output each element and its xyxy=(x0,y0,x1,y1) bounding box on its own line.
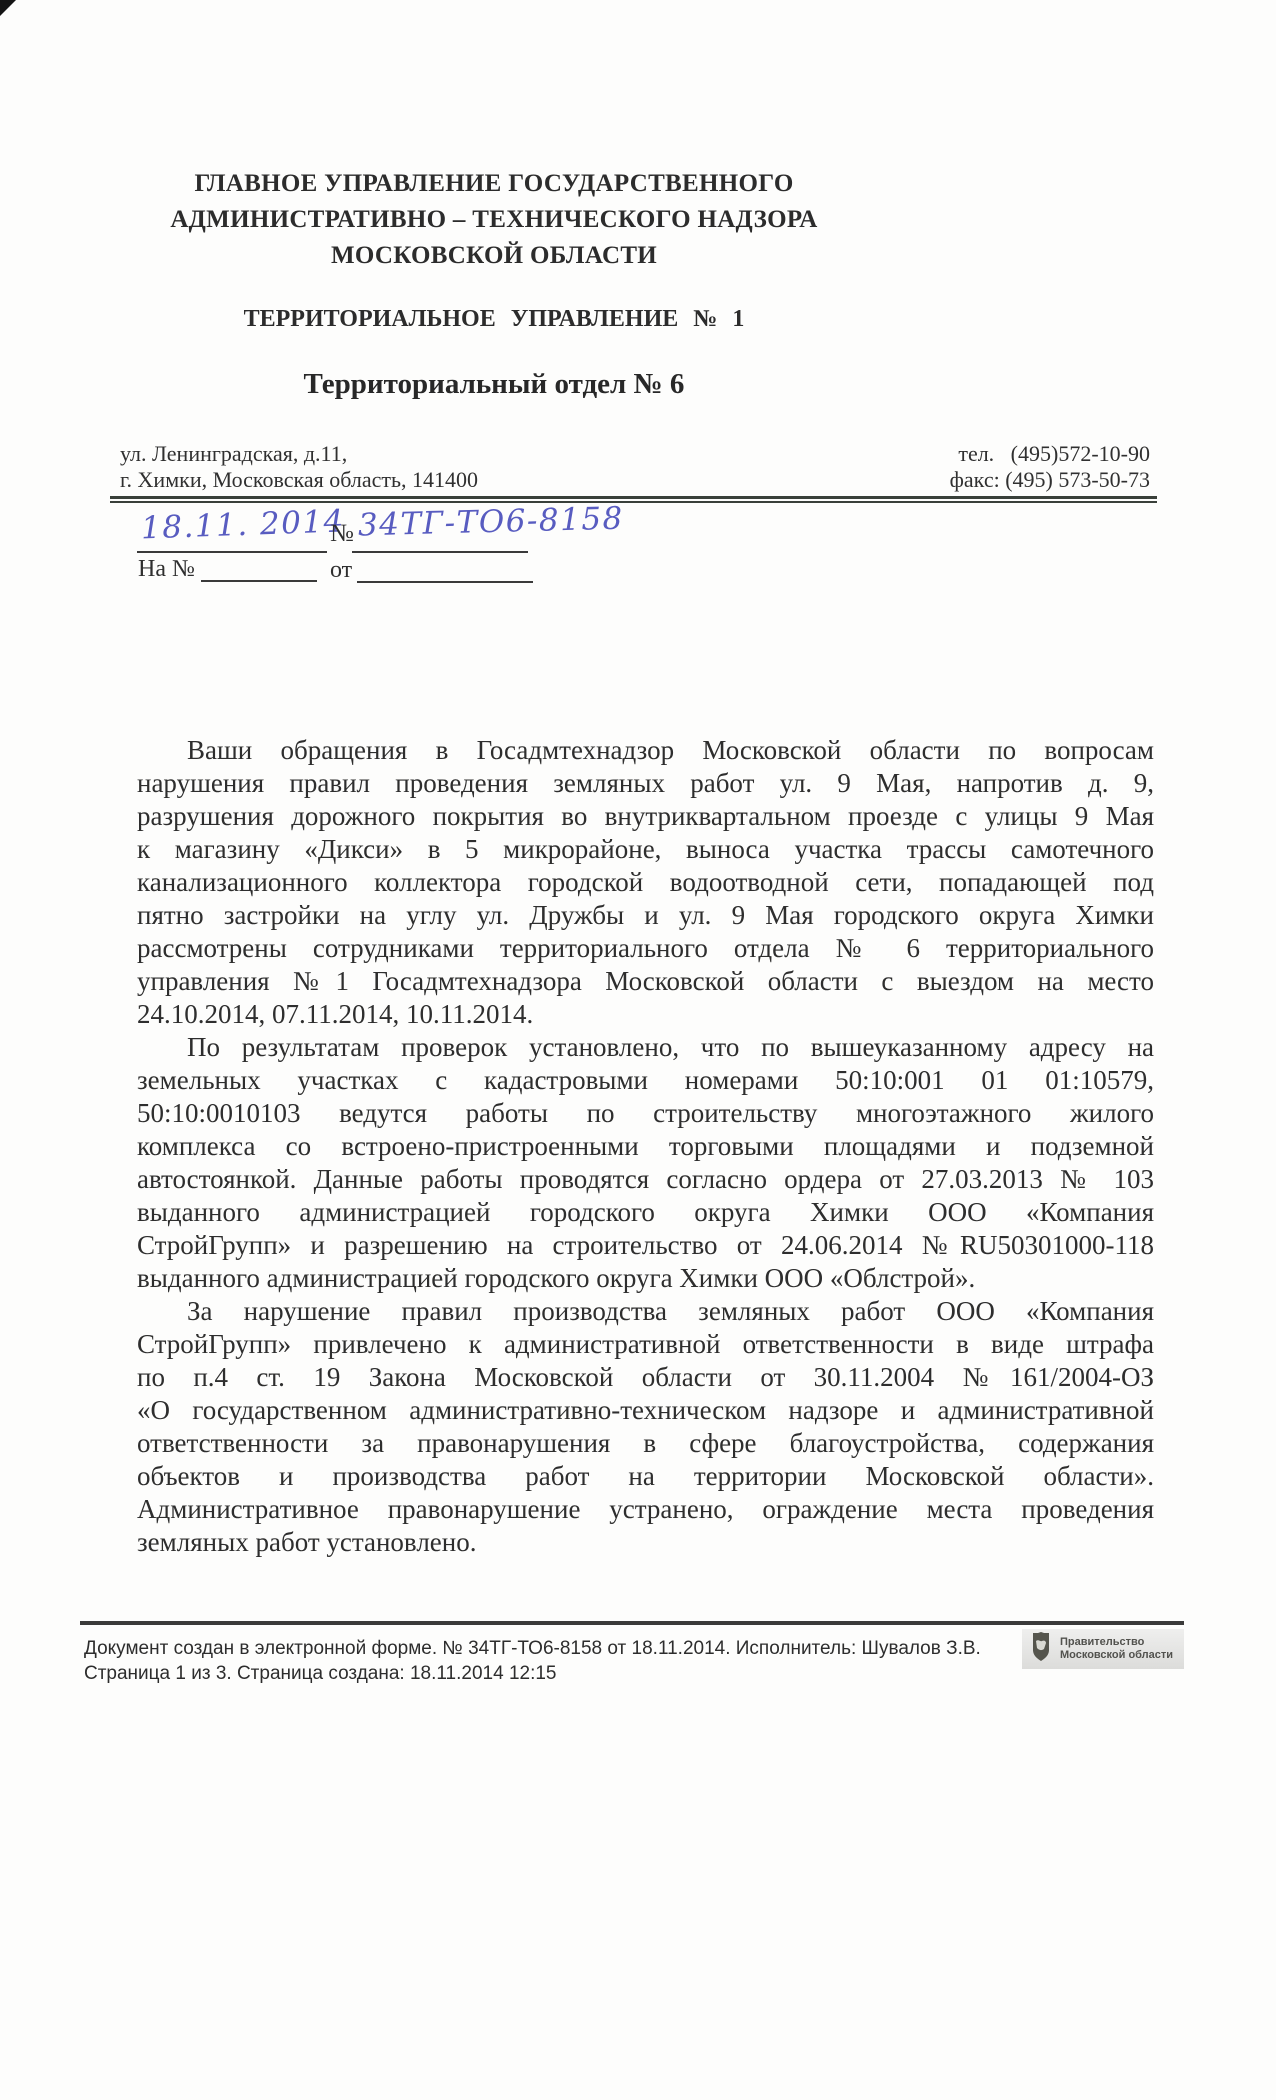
gov-logo-text-line-1: Правительство xyxy=(1060,1636,1173,1649)
org-name-line-1: ГЛАВНОЕ УПРАВЛЕНИЕ ГОСУДАРСТВЕННОГО xyxy=(124,166,864,202)
org-name-line-3: МОСКОВСКОЙ ОБЛАСТИ xyxy=(124,238,864,274)
fax-number: факс: (495) 573-50-73 xyxy=(950,467,1150,493)
date-underline xyxy=(137,551,327,553)
letter-body: Ваши обращения в Госадмтехнадзор Московс… xyxy=(137,734,1154,1559)
incoming-date-label: от xyxy=(330,557,352,584)
territorial-administration-title: ТЕРРИТОРИАЛЬНОЕ УПРАВЛЕНИЕ № 1 xyxy=(124,306,864,333)
body-line: разрушения дорожного покрытия во внутрик… xyxy=(137,800,1154,833)
handwritten-outgoing-number: 34ТГ-ТО6-8158 xyxy=(358,501,625,544)
body-line: пятно застройки на углу ул. Дружбы и ул.… xyxy=(137,899,1154,932)
footer-meta-line-1: Документ создан в электронной форме. № 3… xyxy=(84,1636,981,1661)
body-line: автостоянкой. Данные работы проводятся с… xyxy=(137,1163,1154,1196)
organization-name: ГЛАВНОЕ УПРАВЛЕНИЕ ГОСУДАРСТВЕННОГО АДМИ… xyxy=(124,166,864,274)
scan-corner-artifact xyxy=(0,0,16,16)
letterhead-divider-rule xyxy=(110,496,1157,503)
document-page: ГЛАВНОЕ УПРАВЛЕНИЕ ГОСУДАРСТВЕННОГО АДМИ… xyxy=(0,0,1276,2100)
body-line: к магазину «Дикси» в 5 микрорайоне, выно… xyxy=(137,833,1154,866)
moscow-region-government-logo: Правительство Московской области xyxy=(1022,1629,1184,1669)
address-street: ул. Ленинградская, д.11, xyxy=(120,441,478,467)
body-line: нарушения правил проведения земляных раб… xyxy=(137,767,1154,800)
body-line: земляных работ установлено. xyxy=(137,1526,1154,1559)
body-line: объектов и производства работ на террито… xyxy=(137,1460,1154,1493)
territorial-department-title: Территориальный отдел № 6 xyxy=(124,368,864,401)
body-line: земельных участках с кадастровыми номера… xyxy=(137,1064,1154,1097)
gov-logo-text: Правительство Московской области xyxy=(1060,1636,1173,1662)
body-line: выданного администрацией городского окру… xyxy=(137,1196,1154,1229)
body-line: 50:10:0010103 ведутся работы по строител… xyxy=(137,1097,1154,1130)
body-line: рассмотрены сотрудниками территориальног… xyxy=(137,932,1154,965)
sender-address: ул. Ленинградская, д.11, г. Химки, Моско… xyxy=(120,441,478,493)
body-line: выданного администрацией городского окру… xyxy=(137,1262,1154,1295)
body-line: комплекса со встроено-пристроенными торг… xyxy=(137,1130,1154,1163)
gov-logo-text-line-2: Московской области xyxy=(1060,1649,1173,1662)
body-line: канализационного коллектора городской во… xyxy=(137,866,1154,899)
footer-divider-rule xyxy=(80,1621,1184,1625)
coat-of-arms-icon xyxy=(1030,1632,1052,1667)
footer-meta-line-2: Страница 1 из 3. Страница создана: 18.11… xyxy=(84,1661,981,1686)
body-line: По результатам проверок установлено, что… xyxy=(137,1031,1154,1064)
body-line: За нарушение правил производства земляны… xyxy=(137,1295,1154,1328)
sender-contacts: тел. (495)572-10-90 факс: (495) 573-50-7… xyxy=(950,441,1150,493)
org-name-line-2: АДМИНИСТРАТИВНО – ТЕХНИЧЕСКОГО НАДЗОРА xyxy=(124,202,864,238)
body-line: по п.4 ст. 19 Закона Московской области … xyxy=(137,1361,1154,1394)
body-line: ответственности за правонарушения в сфер… xyxy=(137,1427,1154,1460)
body-line: управления №1 Госадмтехнадзора Московско… xyxy=(137,965,1154,998)
number-underline xyxy=(352,551,528,553)
incoming-number-label: На № xyxy=(138,556,195,583)
body-line: СтройГрупп» привлечено к административно… xyxy=(137,1328,1154,1361)
body-line: Ваши обращения в Госадмтехнадзор Московс… xyxy=(137,734,1154,767)
body-line: Административное правонарушение устранен… xyxy=(137,1493,1154,1526)
footer-meta: Документ создан в электронной форме. № 3… xyxy=(84,1636,981,1686)
body-line: «О государственном административно-техни… xyxy=(137,1394,1154,1427)
phone-number: тел. (495)572-10-90 xyxy=(950,441,1150,467)
number-sign-label: № xyxy=(330,520,354,548)
body-line: СтройГрупп» и разрешению на строительств… xyxy=(137,1229,1154,1262)
incoming-number-blank xyxy=(201,580,317,582)
handwritten-date: 18.11. 2014 xyxy=(140,503,345,546)
incoming-date-blank xyxy=(357,581,533,583)
body-line: 24.10.2014, 07.11.2014, 10.11.2014. xyxy=(137,998,1154,1031)
address-city: г. Химки, Московская область, 141400 xyxy=(120,467,478,493)
